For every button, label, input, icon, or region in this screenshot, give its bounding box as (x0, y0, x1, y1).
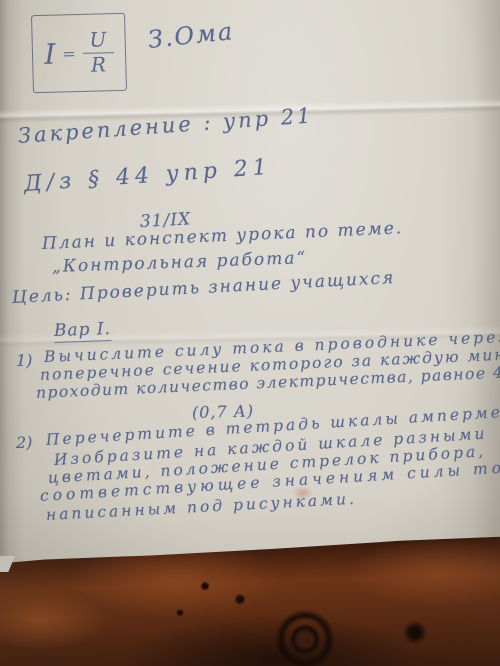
reinforcement-line: Закрепление : упр 21 (17, 103, 314, 148)
fraction-numerator: U (82, 29, 113, 53)
formula-current-symbol: I (44, 37, 56, 70)
formula-box: I = U R (31, 13, 127, 93)
topic-line: „Контрольная работа“ (52, 248, 308, 277)
homework-line: Д/з § 44 упр 21 (23, 155, 272, 197)
ohm-law-label: З.Ома (147, 17, 236, 54)
task1-number: 1) (16, 351, 32, 370)
fraction-denominator: R (83, 53, 114, 76)
variant-label: Вар I. (54, 319, 112, 343)
equals-sign: = (62, 44, 76, 63)
formula-fraction: U R (82, 29, 114, 76)
task2-number: 2) (16, 433, 32, 452)
plan-line: План и конспект урока по теме. (42, 218, 404, 254)
